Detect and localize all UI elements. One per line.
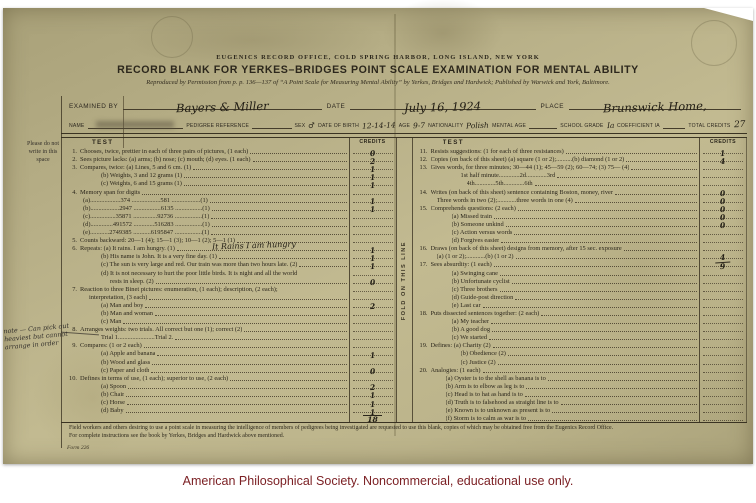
test-text: Arranges weights: two trials. All correc…: [80, 326, 242, 334]
credit-cell: 1: [349, 180, 396, 188]
dotted-leader: [500, 291, 697, 292]
credit-cell: [699, 358, 746, 366]
test-text: (d) It is not necessary to hurt the poor…: [101, 270, 297, 278]
test-number: 4.: [62, 189, 80, 197]
test-text: (a) Man and boy: [101, 302, 143, 310]
office-line: EUGENICS RECORD OFFICE, COLD SPRING HARB…: [3, 54, 753, 61]
credit-cell: 1: [349, 407, 396, 415]
dotted-leader: [624, 250, 697, 251]
embossed-stamp: [151, 16, 193, 58]
test-row: (d) Baby1: [62, 407, 396, 415]
credit-cell: [349, 228, 396, 236]
dotted-leader: [512, 283, 697, 284]
dotted-leader: [175, 339, 346, 340]
credit-value: 1: [370, 352, 376, 360]
dotted-leader: [526, 388, 697, 389]
test-text: Draws (on back of this sheet) designs fr…: [431, 245, 622, 253]
test-row: 10.Defines in terms of use, (1 each); su…: [62, 374, 396, 382]
test-text: Memory span for digits: [80, 189, 140, 197]
test-row: (d) Guide-post direction: [413, 293, 747, 301]
credit-cell: [349, 317, 396, 325]
test-text: (a) My teacher: [452, 318, 490, 326]
dotted-leader: [230, 380, 346, 381]
credit-value: 9: [720, 263, 726, 271]
dotted-leader: [184, 177, 346, 178]
dotted-leader: [142, 194, 346, 195]
test-number: 11.: [413, 148, 431, 156]
dotted-leader: [184, 185, 347, 186]
test-row: (b) Man and woman: [62, 309, 396, 317]
test-text: (a) Swinging cane: [452, 270, 499, 278]
dotted-leader: [557, 177, 697, 178]
test-text: (e) Known is to unknown as present is to: [446, 407, 551, 415]
mental-age-line: [529, 119, 557, 129]
place-line: Brunswick Home,: [569, 96, 741, 110]
dotted-leader: [508, 355, 697, 356]
test-row: 1st half minute.............2d..........…: [413, 172, 747, 180]
dotted-leader: [514, 234, 697, 235]
credit-cell: 1: [349, 172, 396, 180]
dotted-leader: [483, 307, 697, 308]
test-row: (b) Someone unkind0: [413, 220, 747, 228]
credit-value: CREDITS: [710, 139, 736, 147]
credit-cell: [699, 350, 746, 358]
fold-line-text: FOLD ON THIS LINE: [401, 241, 407, 320]
test-text: (c) We started: [452, 334, 488, 342]
test-row: Trial 1.......................Trial 2.: [62, 334, 396, 342]
dob-label: DATE OF BIRTH: [318, 123, 359, 129]
test-text: (d) Truth is to falsehood as straight li…: [446, 399, 559, 407]
test-row: (b)..................2947 ..............…: [62, 204, 396, 212]
test-row: 2.Sees picture lacks: (a) arms; (b) nose…: [62, 156, 396, 164]
test-row: 15.Comprehends questions: (2 each)0: [413, 204, 747, 212]
credit-cell: 2: [349, 156, 396, 164]
dotted-leader: [518, 210, 697, 211]
test-text: (a)...................374 ..............…: [83, 197, 208, 205]
credit-value: 1: [370, 182, 376, 190]
credit-cell: 0: [699, 204, 746, 212]
test-text: (b)..................2947 ..............…: [83, 205, 210, 213]
name-row: NAME PEDIGREE REFERENCE SEX ♂ DATE OF BI…: [69, 119, 745, 129]
test-text: 4th.............5th.............6th: [467, 180, 533, 188]
credit-cell: [349, 293, 396, 301]
test-row: (a) Oyster is to the shell as banana is …: [413, 374, 747, 382]
credit-cell: [699, 407, 746, 415]
credit-cell: 0: [349, 366, 396, 374]
test-text: (d) Baby: [101, 407, 124, 415]
test-text: TEST: [92, 139, 113, 147]
dotted-leader: [575, 202, 697, 203]
form-number: Form 226: [67, 445, 89, 451]
test-text: (b) Weights, 3 and 12 grams (1): [101, 172, 182, 180]
test-row: (d)..............491572 .............516…: [62, 220, 396, 228]
test-text: (c) Justice (2): [461, 359, 496, 367]
test-text: Gives words, for three minutes; 30—44 (1…: [431, 164, 630, 172]
credit-cell: [699, 366, 746, 374]
test-text: (c) Man: [101, 318, 121, 326]
test-row: (a) (1 or 2);............(b) (1 or 2)4: [413, 253, 747, 261]
test-number: 7.: [62, 286, 80, 294]
credit-value: 18: [363, 415, 382, 424]
test-text: (b) His name is John. It is a very fine …: [101, 253, 217, 261]
test-text: interpretation, (3 each): [89, 294, 147, 302]
test-row: 19.Defines: (a) Charity (2): [413, 342, 747, 350]
test-text: (b) Arm is to elbow as leg is to: [446, 383, 525, 391]
test-row: (c) Weights, 6 and 15 grams (1)1: [62, 180, 396, 188]
test-row: (c) Action versus words: [413, 228, 747, 236]
test-number: 1.: [62, 148, 80, 156]
document-header: EUGENICS RECORD OFFICE, COLD SPRING HARB…: [3, 54, 753, 86]
test-text: (b) Man and woman: [101, 310, 153, 318]
test-text: (c)................35871 ...............…: [83, 213, 209, 221]
examined-by-row: EXAMINED BY Bayers & Miller DATE July 16…: [69, 96, 741, 110]
test-text: Defines: (a) Charity (2): [431, 342, 491, 350]
test-number: 10.: [62, 375, 80, 383]
test-row: (b) Arm is to elbow as leg is to: [413, 382, 747, 390]
test-row: 20.Analogies: (1 each): [413, 366, 747, 374]
test-text: Compares, twice: (a) Lines, 5 and 6 cm. …: [80, 164, 191, 172]
date-line: July 16, 1924: [350, 96, 535, 110]
total-credits-value: 27: [733, 120, 745, 130]
dotted-leader: [253, 161, 347, 162]
dotted-leader: [501, 242, 697, 243]
credit-cell: 1: [699, 148, 746, 156]
dotted-leader: [535, 185, 697, 186]
dotted-leader: [489, 339, 697, 340]
credit-cell: [699, 301, 746, 309]
credit-cell: 0: [699, 188, 746, 196]
credit-cell: 0: [699, 220, 746, 228]
date-label: DATE: [327, 103, 346, 110]
age-label: AGE: [399, 123, 410, 129]
dotted-leader: [212, 226, 347, 227]
dotted-leader: [516, 258, 697, 259]
dotted-leader: [552, 412, 697, 413]
test-row: (c) Head is to hat as hand is to: [413, 390, 747, 398]
test-text: 1st half minute.............2d..........…: [461, 172, 556, 180]
dotted-leader: [157, 355, 346, 356]
credit-cell: [699, 382, 746, 390]
test-row: (e)............2749385 ...........619584…: [62, 228, 396, 236]
test-row: (b) Chair1: [62, 390, 396, 398]
dotted-leader: [212, 210, 347, 211]
test-text: Chooses, twice, prettier in each of thre…: [80, 148, 248, 156]
test-row: (e) Known is to unknown as present is to: [413, 407, 747, 415]
dotted-leader: [615, 194, 697, 195]
credit-cell: [699, 317, 746, 325]
test-text: (c) Weights, 6 and 15 grams (1): [101, 180, 182, 188]
test-row: (c) We started: [413, 334, 747, 342]
test-row: 17.Sees absurdity: (1 each)9: [413, 261, 747, 269]
dotted-leader: [515, 299, 697, 300]
credit-cell: 1: [349, 398, 396, 406]
test-text: (d) Guide-post direction: [452, 294, 514, 302]
dotted-leader: [626, 161, 697, 162]
test-number: 20.: [413, 367, 431, 375]
test-text: Sees absurdity: (1 each): [431, 261, 492, 269]
dotted-leader: [566, 153, 697, 154]
test-row: 16.Draws (on back of this sheet) designs…: [413, 245, 747, 253]
dotted-leader: [494, 266, 697, 267]
credit-cell: 4: [699, 253, 746, 261]
dotted-leader: [493, 347, 697, 348]
credit-cell: 0: [349, 277, 396, 285]
test-text: (a) Oyster is to the shell as banana is …: [446, 375, 546, 383]
dotted-leader: [561, 404, 697, 405]
mental-age-label: MENTAL AGE: [492, 123, 526, 129]
redacted-name: [96, 121, 175, 128]
left-test-column: TESTCREDITS1.Chooses, twice, prettier in…: [62, 138, 396, 423]
test-row: 8.Arranges weights: two trials. All corr…: [62, 326, 396, 334]
dotted-leader: [525, 396, 697, 397]
test-row: (e) Last car: [413, 301, 747, 309]
test-number: 19.: [413, 342, 431, 350]
test-row: (b) His name is John. It is a very fine …: [62, 253, 396, 261]
test-row: rests in sleep. (2)0: [62, 277, 396, 285]
test-text: Comprehends questions: (2 each): [431, 205, 516, 213]
test-table: TESTCREDITS1.Chooses, twice, prettier in…: [62, 138, 747, 423]
test-row: interpretation, (3 each): [62, 293, 396, 301]
test-text: (c) Head is to hat as hand is to: [446, 391, 523, 399]
dotted-leader: [211, 218, 346, 219]
dotted-leader: [126, 412, 347, 413]
test-row: (b) Weights, 3 and 12 grams (1)1: [62, 172, 396, 180]
test-text: Analogies: (1 each): [431, 367, 481, 375]
dotted-leader: [494, 218, 697, 219]
dotted-leader: [145, 307, 346, 308]
dotted-leader: [144, 347, 347, 348]
credit-value: 4: [720, 158, 726, 166]
test-text: (a) Apple and banana: [101, 350, 155, 358]
right-test-column: TESTCREDITS11.Resists suggestions: (1 fo…: [413, 138, 748, 423]
dotted-leader: [128, 388, 346, 389]
credit-cell: [349, 334, 396, 342]
test-text: (b) Wood and glass: [101, 359, 150, 367]
test-row: 7.Reaction to three Binet pictures: enum…: [62, 285, 396, 293]
credit-cell: 1: [349, 196, 396, 204]
test-row: 11.Resists suggestions: (1 for each of t…: [413, 148, 747, 156]
dotted-leader: [210, 202, 347, 203]
test-number: 13.: [413, 164, 431, 172]
document-subtitle: Reproduced by Permission from p. p. 136—…: [3, 79, 753, 86]
credit-cell: 1: [349, 164, 396, 172]
date-value: July 16, 1924: [404, 99, 481, 115]
dotted-leader: [152, 364, 346, 365]
test-number: 18.: [413, 310, 431, 318]
credit-cell: [699, 390, 746, 398]
test-number: 2.: [62, 156, 80, 164]
test-row: (d) It is not necessary to hurt the poor…: [62, 269, 396, 277]
credit-cell: 1: [349, 390, 396, 398]
test-text: (a) Missed train: [452, 213, 492, 221]
test-text: Reaction to three Binet pictures: enumer…: [80, 286, 278, 294]
test-row: 4.Memory span for digits: [62, 188, 396, 196]
test-text: TEST: [443, 139, 464, 147]
test-number: 3.: [62, 164, 80, 172]
test-text: (b) Chair: [101, 391, 124, 399]
test-row: It Rains I am hungry6.Repeats: (a) It ra…: [62, 245, 396, 253]
credit-value: 1: [370, 263, 376, 271]
credit-cell: [699, 326, 746, 334]
credit-cell: 1: [349, 204, 396, 212]
name-label: NAME: [69, 123, 85, 129]
place-value: Brunswick Home,: [603, 99, 707, 116]
test-row: (b) A good dog: [413, 326, 747, 334]
credit-cell: [699, 277, 746, 285]
credit-cell: 0: [699, 212, 746, 220]
dotted-leader: [126, 396, 346, 397]
test-text: (c) Horse: [101, 399, 125, 407]
test-text: (b) Someone unkind: [452, 221, 504, 229]
test-row: (a) My teacher: [413, 317, 747, 325]
dotted-leader: [500, 275, 697, 276]
dotted-leader: [193, 169, 346, 170]
credit-cell: 1: [349, 253, 396, 261]
test-number: 9.: [62, 342, 80, 350]
dotted-leader: [299, 266, 346, 267]
credit-cell: [349, 326, 396, 334]
dob-value: 12-14-14: [362, 120, 396, 130]
test-text: Trial 1.......................Trial 2.: [101, 334, 173, 342]
nationality-label: NATIONALITY: [428, 123, 463, 129]
test-row: 18.Puts dissected sentences together: (2…: [413, 309, 747, 317]
credit-cell: CREDITS: [349, 138, 396, 148]
dotted-leader: [631, 169, 697, 170]
dotted-leader: [491, 323, 697, 324]
test-row: 18: [62, 415, 396, 422]
dotted-leader: [155, 315, 347, 316]
credit-value: 2: [370, 303, 376, 311]
footer-rule: [61, 422, 747, 423]
test-text: (c) Paper and cloth: [101, 367, 149, 375]
dotted-leader: [250, 153, 346, 154]
credit-cell: 2: [349, 301, 396, 309]
test-row: TESTCREDITS: [62, 138, 396, 148]
fold-gutter: FOLD ON THIS LINE: [396, 138, 413, 423]
test-row: (c) Three brothers: [413, 285, 747, 293]
test-text: (d)..............491572 .............516…: [83, 221, 210, 229]
test-text: Defines in terms of use, (1 each); super…: [80, 375, 228, 383]
credit-cell: 4: [699, 156, 746, 164]
document-title: RECORD BLANK FOR YERKES–BRIDGES POINT SC…: [3, 64, 753, 76]
credit-cell: [349, 342, 396, 350]
dotted-leader: [219, 258, 347, 259]
test-number: 15.: [413, 205, 431, 213]
credit-cell: [699, 398, 746, 406]
footer-line-2: For complete instructions see the book b…: [69, 433, 743, 441]
test-row: (a)...................374 ..............…: [62, 196, 396, 204]
test-row: (b) Unfortunate cyclist: [413, 277, 747, 285]
dotted-leader: [541, 315, 697, 316]
test-row: (b) Wood and glass: [62, 358, 396, 366]
test-row: 13.Gives words, for three minutes; 30—44…: [413, 164, 747, 172]
credit-cell: [699, 334, 746, 342]
credit-cell: 0: [699, 196, 746, 204]
test-row: (a) Spoon2: [62, 382, 396, 390]
test-row: 12.Copies (on back of this sheet) (a) sq…: [413, 156, 747, 164]
dotted-leader: [483, 372, 697, 373]
archive-caption: American Philosophical Society. Noncomme…: [0, 474, 756, 488]
credit-cell: 18: [349, 415, 396, 422]
dotted-leader: [156, 283, 347, 284]
test-number: 12.: [413, 156, 431, 164]
test-text: (b) Obedience (2): [461, 350, 506, 358]
coefficient-line: [663, 119, 686, 129]
credit-cell: [699, 285, 746, 293]
test-row: (a) Missed train0: [413, 212, 747, 220]
dotted-leader: [506, 226, 697, 227]
dotted-leader: [211, 234, 346, 235]
dotted-leader: [127, 404, 347, 405]
test-text: Three words in two (2);............three…: [437, 197, 573, 205]
credit-cell: 9: [699, 261, 746, 269]
test-text: (e)............2749385 ...........619584…: [83, 229, 209, 237]
dotted-leader: [151, 372, 346, 373]
test-number: 6.: [62, 245, 80, 253]
torn-corner: [683, 8, 753, 21]
test-row: (d) Forgives easier: [413, 237, 747, 245]
credit-cell: [699, 237, 746, 245]
credit-cell: [349, 237, 396, 245]
test-number: 5.: [62, 237, 80, 245]
credit-value: 0: [370, 368, 376, 376]
dotted-leader: [492, 331, 697, 332]
nationality-value: Polish: [466, 121, 489, 131]
dotted-leader: [123, 323, 346, 324]
test-row: 1.Chooses, twice, prettier in each of th…: [62, 148, 396, 156]
credit-cell: [699, 293, 746, 301]
test-row: (c) Man: [62, 317, 396, 325]
test-text: Writes (on back of this sheet) sentence …: [431, 189, 613, 197]
dotted-leader: [177, 250, 347, 251]
test-text: Sees picture lacks: (a) arms; (b) nose; …: [80, 156, 251, 164]
credit-cell: 1: [349, 261, 396, 269]
credit-cell: 1: [349, 245, 396, 253]
test-row: TESTCREDITS: [413, 138, 747, 148]
test-text: (c) Action versus words: [452, 229, 513, 237]
test-row: (c) Horse1: [62, 398, 396, 406]
test-number: 14.: [413, 189, 431, 197]
credit-value: CREDITS: [359, 139, 385, 147]
test-row: (d) Truth is to falsehood as straight li…: [413, 398, 747, 406]
test-row: Three words in two (2);............three…: [413, 196, 747, 204]
credit-cell: [699, 309, 746, 317]
total-credits-label: TOTAL CREDITS: [688, 123, 730, 129]
dotted-leader: [498, 364, 697, 365]
examined-by-value: Bayers & Miller: [176, 99, 269, 115]
test-row: 3.Compares, twice: (a) Lines, 5 and 6 cm…: [62, 164, 396, 172]
pedigree-line: [252, 119, 291, 129]
test-row: (c) Paper and cloth0: [62, 366, 396, 374]
test-row: (c)................35871 ...............…: [62, 212, 396, 220]
credit-cell: [699, 245, 746, 253]
credit-cell: 1: [349, 350, 396, 358]
test-number: 8.: [62, 326, 80, 334]
test-number: 16.: [413, 245, 431, 253]
credit-cell: [699, 342, 746, 350]
school-grade-value: Ia: [606, 121, 614, 130]
examined-by-line: Bayers & Miller: [123, 96, 321, 110]
test-text: Repeats: (a) It rains. I am hungry. (1): [80, 245, 175, 253]
sex-label: SEX: [295, 123, 306, 129]
test-text: Puts dissected sentences together: (2 ea…: [431, 310, 540, 318]
credit-cell: [699, 374, 746, 382]
credit-cell: [699, 172, 746, 180]
credit-value: 0: [720, 222, 726, 230]
footer-line-1: Field workers and others desiring to use…: [69, 425, 743, 433]
test-row: 14.Writes (on back of this sheet) senten…: [413, 188, 747, 196]
sex-value: ♂: [308, 121, 315, 130]
